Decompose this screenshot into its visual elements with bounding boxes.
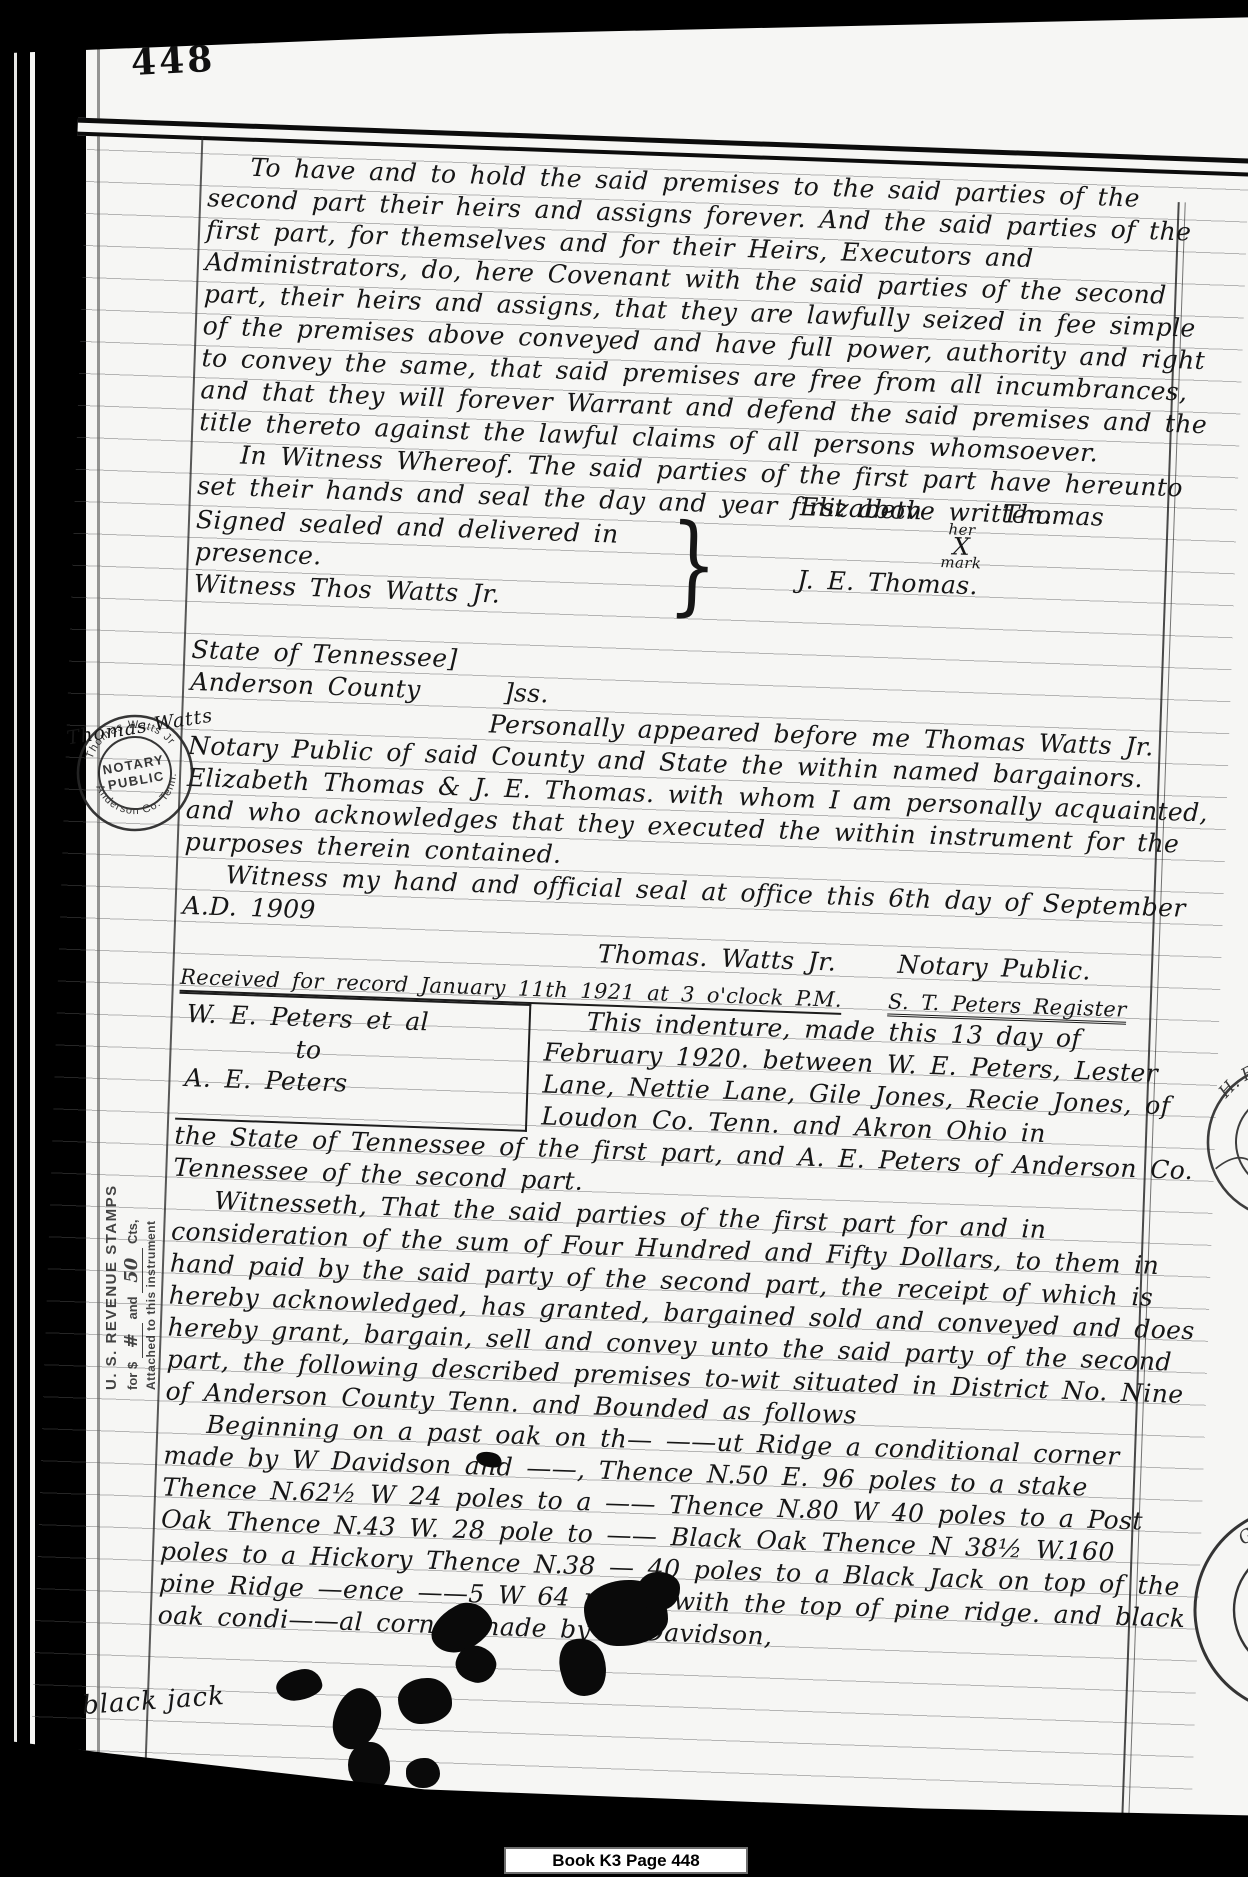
- grantor-signatures: Elizabeth her X mark Thomas J. E. Thomas…: [796, 491, 1105, 632]
- indenture-opening: This indenture, made this 13 day of Febr…: [541, 1005, 1209, 1156]
- attestation-block: Signed sealed and delivered in presence.…: [193, 504, 666, 616]
- grantor1-signature: Elizabeth her X mark Thomas: [798, 491, 1105, 575]
- deed-book-page-scan: 448 To have and to hold the said premise…: [0, 0, 1248, 1877]
- ink-blot: [636, 1572, 680, 1610]
- revenue-cents-label: Cts,: [125, 1219, 140, 1244]
- revenue-cents-handwritten: 50: [121, 1248, 143, 1293]
- partial-stamp-arc-text: H. B.: [1213, 1054, 1248, 1106]
- notary-title: Notary Public.: [897, 950, 1091, 986]
- handwritten-content: To have and to hold the said premises to…: [157, 150, 1238, 1667]
- grantor1-last-name: Thomas: [1002, 499, 1105, 532]
- revenue-stamp-imprint: U. S. REVENUE STAMPS for $ # and 50 Cts,…: [103, 1070, 167, 1390]
- attestation-brace: }: [667, 517, 719, 619]
- revenue-dollars-handwritten: #: [121, 1323, 143, 1358]
- her-mark: her X mark: [940, 523, 983, 570]
- venue-ss: ]ss.: [503, 678, 549, 709]
- witnesseth-paragraph: Witnesseth, That the said parties of the…: [165, 1184, 1202, 1444]
- revenue-and-label: and: [125, 1296, 140, 1319]
- grantor1-first-name: Elizabeth: [799, 492, 923, 525]
- habendum-paragraph: To have and to hold the said premises to…: [199, 150, 1238, 474]
- page-number: 448: [130, 38, 216, 84]
- revenue-stamp-line1: U. S. REVENUE STAMPS: [103, 1070, 120, 1390]
- ink-blot: [398, 1678, 452, 1724]
- ink-blot: [406, 1758, 440, 1788]
- property-description-paragraph: Beginning on a past oak on th— ——ut Ridg…: [157, 1407, 1194, 1667]
- svg-text:H. B.: H. B.: [1213, 1054, 1248, 1106]
- revenue-stamp-line3: Attached to this instrument: [144, 1070, 158, 1390]
- party-index-box: W. E. Peters et al to A. E. Peters: [175, 992, 531, 1132]
- revenue-stamp-line2: for $ # and 50 Cts,: [121, 1070, 142, 1390]
- notary-signature: Thomas. Watts Jr.: [597, 939, 836, 976]
- footer-caption: Book K3 Page 448: [504, 1847, 748, 1874]
- revenue-for-label: for $: [125, 1362, 140, 1390]
- venue-county: Anderson County: [190, 667, 421, 704]
- attestation-signature-block: Signed sealed and delivered in presence.…: [193, 504, 1226, 636]
